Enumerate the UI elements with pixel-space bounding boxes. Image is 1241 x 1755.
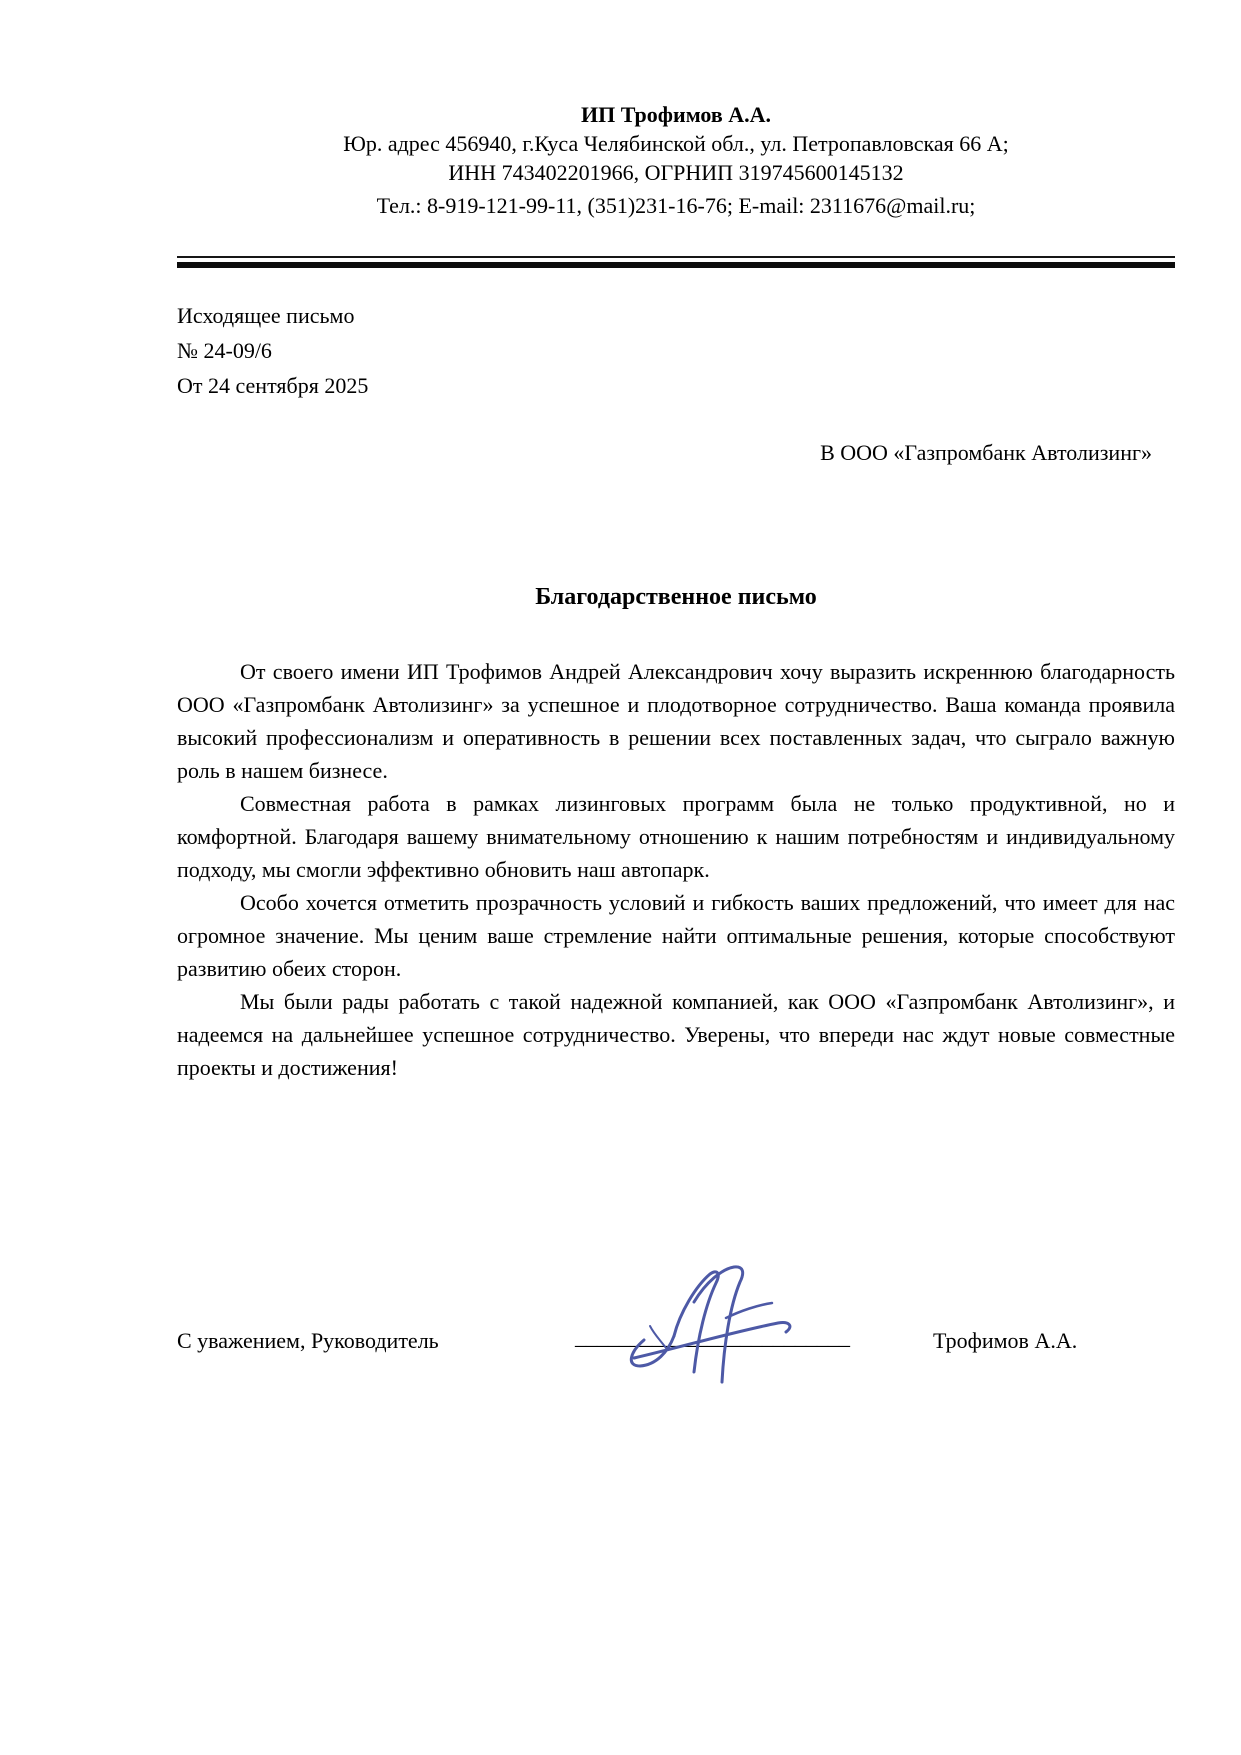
letterhead-divider — [177, 256, 1175, 268]
letter-paragraph: Совместная работа в рамках лизинговых пр… — [177, 787, 1175, 886]
letter-paragraph: От своего имени ИП Трофимов Андрей Алекс… — [177, 655, 1175, 787]
handwritten-signature — [610, 1260, 820, 1395]
outgoing-label: Исходящее письмо — [177, 298, 368, 333]
signature-closing: С уважением, Руководитель — [177, 1328, 439, 1354]
letter-page: ИП Трофимов А.А. Юр. адрес 456940, г.Кус… — [0, 0, 1241, 1755]
letter-title: Благодарственное письмо — [177, 584, 1175, 611]
outgoing-number: № 24-09/6 — [177, 333, 368, 368]
outgoing-block: Исходящее письмо № 24-09/6 От 24 сентябр… — [177, 298, 368, 403]
letterhead: ИП Трофимов А.А. Юр. адрес 456940, г.Кус… — [177, 100, 1175, 220]
outgoing-date: От 24 сентября 2025 — [177, 368, 368, 403]
contact-line: Тел.: 8-919-121-99-11, (351)231-16-76; E… — [177, 191, 1175, 220]
registration-numbers: ИНН 743402201966, ОГРНИП 319745600145132 — [177, 158, 1175, 187]
recipient-line: В ООО «Газпромбанк Автолизинг» — [177, 440, 1152, 466]
letter-paragraph: Особо хочется отметить прозрачность усло… — [177, 886, 1175, 985]
company-name: ИП Трофимов А.А. — [177, 100, 1175, 129]
legal-address: Юр. адрес 456940, г.Куса Челябинской обл… — [177, 129, 1175, 158]
letter-body: От своего имени ИП Трофимов Андрей Алекс… — [177, 655, 1175, 1084]
signer-name: Трофимов А.А. — [933, 1328, 1077, 1354]
letter-paragraph: Мы были рады работать с такой надежной к… — [177, 985, 1175, 1084]
